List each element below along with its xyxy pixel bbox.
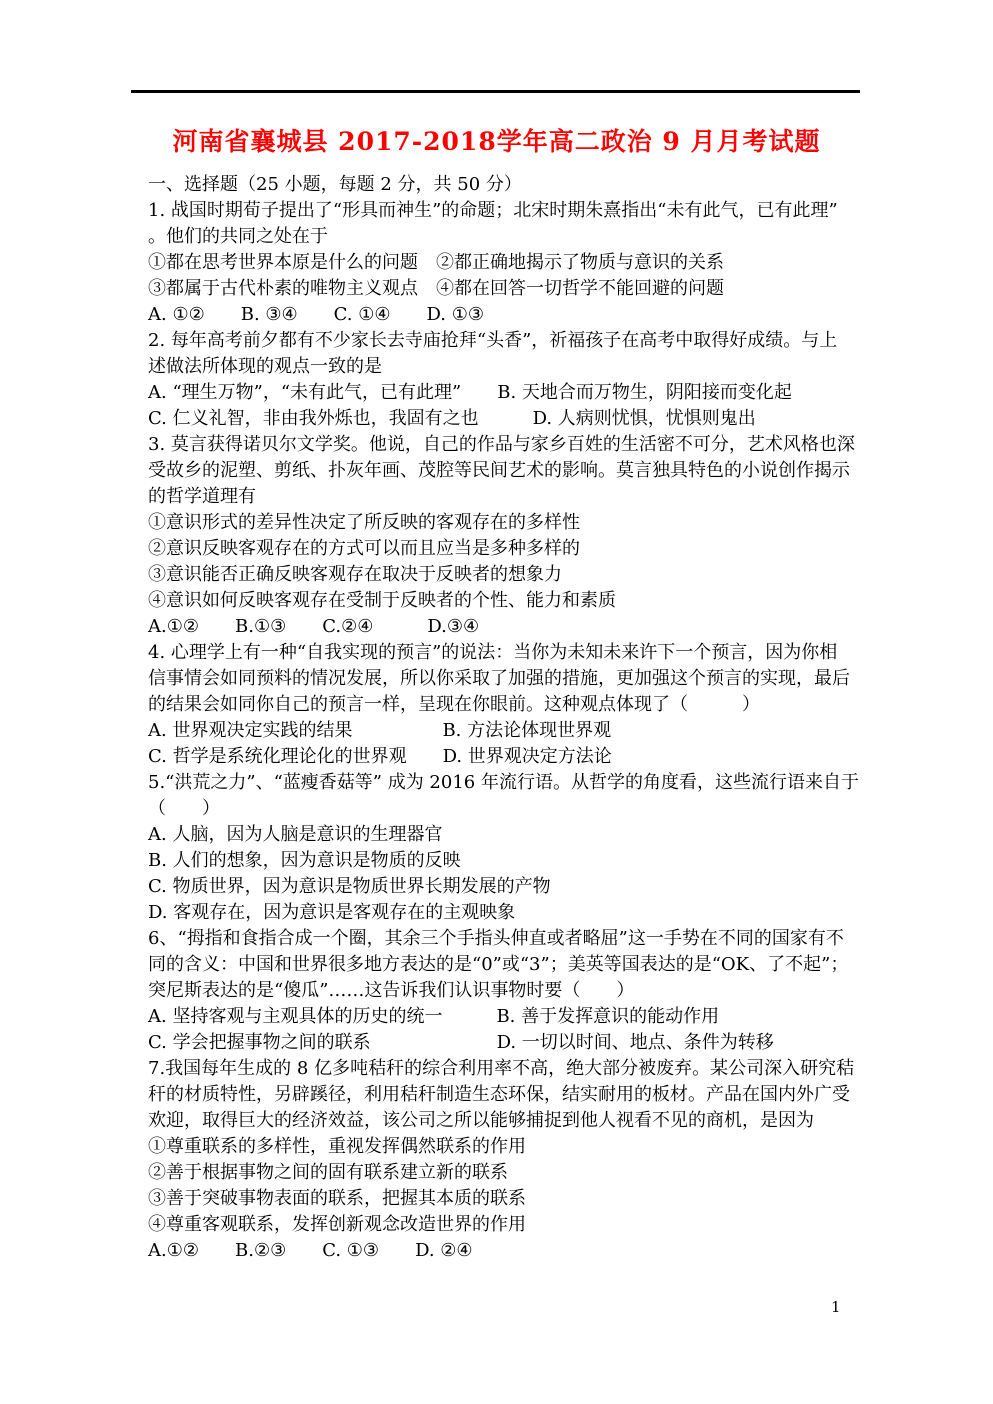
page-title: 河南省襄城县 2017-2018学年高二政治 9 月月考试题	[0, 126, 993, 158]
text-line: ④尊重客观联系，发挥创新观念改造世界的作用	[148, 1212, 868, 1238]
text-line: ①意识形式的差异性决定了所反映的客观存在的多样性	[148, 510, 868, 536]
text-line: A. 坚持客观与主观具体的历史的统一 B. 善于发挥意识的能动作用	[148, 1004, 868, 1030]
exam-paper-page: 河南省襄城县 2017-2018学年高二政治 9 月月考试题 一、选择题（25 …	[0, 0, 993, 1404]
text-line: 3. 莫言获得诺贝尔文学奖。他说，自己的作品与家乡百姓的生活密不可分，艺术风格也…	[148, 432, 868, 458]
text-line: 秆的材质特性，另辟蹊径，利用秸秆制造生态环保，结实耐用的板材。产品在国内外广受	[148, 1082, 868, 1108]
text-line: B. 人们的想象，因为意识是物质的反映	[148, 848, 868, 874]
text-line: D. 客观存在，因为意识是客观存在的主观映象	[148, 900, 868, 926]
text-line: ③善于突破事物表面的联系，把握其本质的联系	[148, 1186, 868, 1212]
section-heading: 一、选择题（25 小题，每题 2 分，共 50 分）	[148, 172, 868, 198]
text-line: A.①② B.②③ C. ①③ D. ②④	[148, 1238, 868, 1264]
text-line: 欢迎，取得巨大的经济效益，该公司之所以能够捕捉到他人视看不见的商机，是因为	[148, 1108, 868, 1134]
text-line: ②意识反映客观存在的方式可以而且应当是多种多样的	[148, 536, 868, 562]
text-line: 1. 战国时期荀子提出了“形具而神生”的命题；北宋时期朱熹指出“未有此气，已有此…	[148, 198, 868, 224]
text-line: C. 物质世界，因为意识是物质世界长期发展的产物	[148, 874, 868, 900]
text-line: ③意识能否正确反映客观存在取决于反映者的想象力	[148, 562, 868, 588]
text-line: 6、“拇指和食指合成一个圈，其余三个手指头伸直或者略屈”这一手势在不同的国家有不	[148, 926, 868, 952]
text-line: 7.我国每年生成的 8 亿多吨秸秆的综合利用率不高，绝大部分被废弃。某公司深入研…	[148, 1056, 868, 1082]
text-line: A. 人脑，因为人脑是意识的生理器官	[148, 822, 868, 848]
text-line: 4. 心理学上有一种“自我实现的预言”的说法：当你为未知未来许下一个预言，因为你…	[148, 640, 868, 666]
text-line: ②善于根据事物之间的固有联系建立新的联系	[148, 1160, 868, 1186]
text-line: A. “理生万物”，“未有此气，已有此理” B. 天地合而万物生，阴阳接而变化起	[148, 380, 868, 406]
text-line: （ ）	[148, 796, 868, 822]
text-line: A. ①② B. ③④ C. ①④ D. ①③	[148, 302, 868, 328]
text-line: A. 世界观决定实践的结果 B. 方法论体现世界观	[148, 718, 868, 744]
text-line: 2. 每年高考前夕都有不少家长去寺庙抢拜“头香”，祈福孩子在高考中取得好成绩。与…	[148, 328, 868, 354]
text-line: 的哲学道理有	[148, 484, 868, 510]
text-line: 的结果会如同你自己的预言一样，呈现在你眼前。这种观点体现了（ ）	[148, 692, 868, 718]
text-line: 受故乡的泥塑、剪纸、扑灰年画、茂腔等民间艺术的影响。莫言独具特色的小说创作揭示	[148, 458, 868, 484]
question-lines: 1. 战国时期荀子提出了“形具而神生”的命题；北宋时期朱熹指出“未有此气，已有此…	[148, 198, 868, 1264]
text-line: 同的含义：中国和世界很多地方表达的是“0”或“3”；美英等国表达的是“OK、了不…	[148, 952, 868, 978]
text-line: C. 哲学是系统化理论化的世界观 D. 世界观决定方法论	[148, 744, 868, 770]
text-line: ①尊重联系的多样性，重视发挥偶然联系的作用	[148, 1134, 868, 1160]
text-line: A.①② B.①③ C.②④ D.③④	[148, 614, 868, 640]
text-line: C. 仁义礼智，非由我外烁也，我固有之也 D. 人病则忧惧，忧惧则鬼出	[148, 406, 868, 432]
header-rule	[131, 90, 860, 93]
text-line: ④意识如何反映客观存在受制于反映者的个性、能力和素质	[148, 588, 868, 614]
text-line: 述做法所体现的观点一致的是	[148, 354, 868, 380]
text-line: 。他们的共同之处在于	[148, 224, 868, 250]
text-line: ①都在思考世界本原是什么的问题 ②都正确地揭示了物质与意识的关系	[148, 250, 868, 276]
text-line: 5.“洪荒之力”、“蓝瘦香菇等” 成为 2016 年流行语。从哲学的角度看，这些…	[148, 770, 868, 796]
text-line: ③都属于古代朴素的唯物主义观点 ④都在回答一切哲学不能回避的问题	[148, 276, 868, 302]
page-number: 1	[831, 1298, 841, 1316]
text-line: 突尼斯表达的是“傻瓜”……这告诉我们认识事物时要（ ）	[148, 978, 868, 1004]
text-line: 信事情会如同预料的情况发展，所以你采取了加强的措施，更加强这个预言的实现，最后	[148, 666, 868, 692]
document-body: 一、选择题（25 小题，每题 2 分，共 50 分） 1. 战国时期荀子提出了“…	[148, 172, 868, 1264]
text-line: C. 学会把握事物之间的联系 D. 一切以时间、地点、条件为转移	[148, 1030, 868, 1056]
